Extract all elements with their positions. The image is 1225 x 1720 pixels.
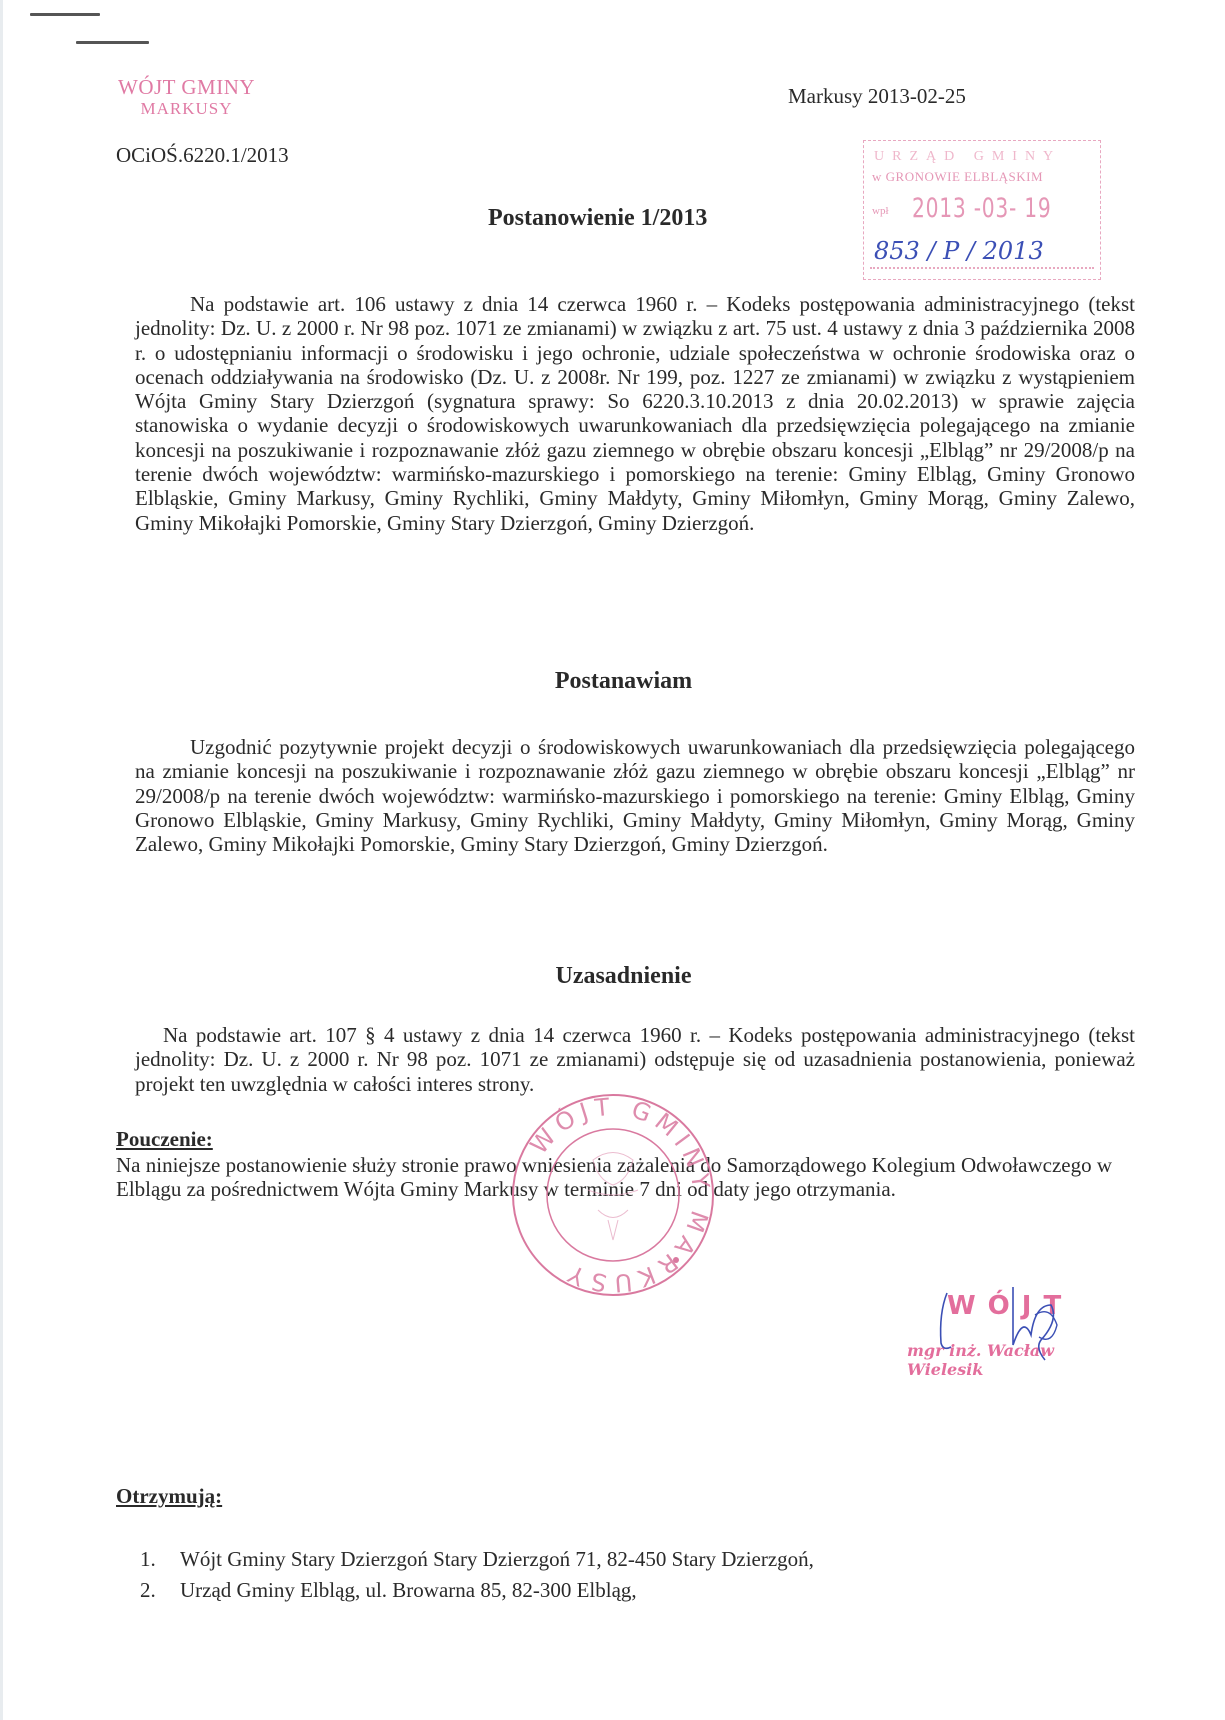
binder-mark: [30, 13, 100, 16]
justification-paragraph: Na podstawie art. 107 § 4 ustawy z dnia …: [135, 1023, 1135, 1096]
binder-mark: [76, 41, 149, 44]
recipient-number: 1.: [140, 1544, 180, 1575]
recipient-number: 2.: [140, 1575, 180, 1606]
decision-heading: Postanawiam: [0, 668, 1225, 695]
recipient-text: Wójt Gminy Stary Dzierzgoń Stary Dzierzg…: [180, 1547, 814, 1571]
handwritten-signature-icon: [895, 1285, 1135, 1385]
handwritten-registry-number: 853 / P / 2013: [874, 237, 1044, 265]
stamp-dotted-line: [870, 267, 1094, 269]
recipient-item: 1.Wójt Gminy Stary Dzierzgoń Stary Dzier…: [140, 1544, 814, 1575]
decision-paragraph: Uzgodnić pozytywnie projekt decyzji o śr…: [135, 735, 1135, 856]
instruction-heading: Pouczenie:: [116, 1127, 213, 1152]
reference-number: OCiOŚ.6220.1/2013: [116, 143, 289, 168]
document-title: Postanowienie 1/2013: [0, 205, 1225, 232]
signature-block: WÓJT mgr inż. Wacław Wielesik: [895, 1285, 1135, 1385]
scan-edge: [0, 0, 3, 1720]
place-date: Markusy 2013-02-25: [788, 84, 966, 109]
issuer-stamp-line2: MARKUSY: [118, 98, 255, 120]
inbox-stamp-office: URZĄD GMINY: [874, 149, 1061, 165]
inbox-stamp-location: w GRONOWIE ELBLĄSKIM: [872, 169, 1043, 185]
decision-text: Uzgodnić pozytywnie projekt decyzji o śr…: [135, 735, 1135, 856]
recipient-text: Urząd Gminy Elbląg, ul. Browarna 85, 82-…: [180, 1578, 637, 1602]
recipients-list: 1.Wójt Gminy Stary Dzierzgoń Stary Dzier…: [140, 1544, 814, 1606]
intro-paragraph: Na podstawie art. 106 ustawy z dnia 14 c…: [135, 292, 1135, 535]
intro-text: Na podstawie art. 106 ustawy z dnia 14 c…: [135, 292, 1135, 535]
recipients-heading: Otrzymują:: [116, 1484, 222, 1509]
justification-text: Na podstawie art. 107 § 4 ustawy z dnia …: [135, 1023, 1135, 1096]
justification-heading: Uzasadnienie: [0, 963, 1225, 990]
issuer-stamp: WÓJT GMINY MARKUSY: [118, 76, 255, 120]
recipient-item: 2.Urząd Gminy Elbląg, ul. Browarna 85, 8…: [140, 1575, 814, 1606]
round-official-stamp-icon: WÓJT GMINY MARKUSY: [508, 1090, 718, 1300]
issuer-stamp-line1: WÓJT GMINY: [118, 76, 255, 98]
